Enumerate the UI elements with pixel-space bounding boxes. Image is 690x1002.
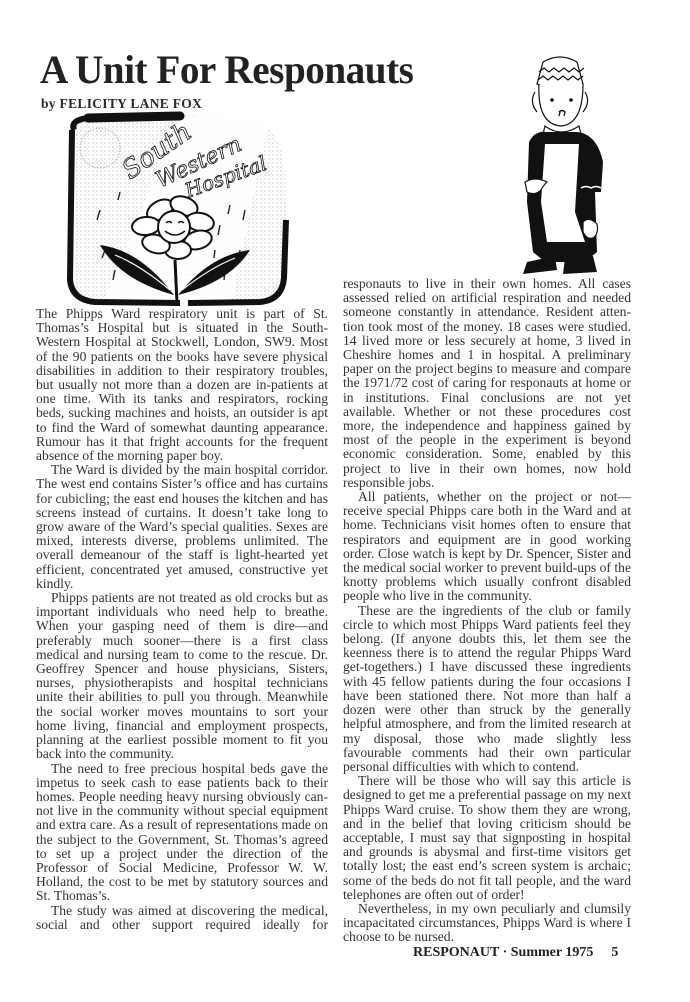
nurse-drawing-icon <box>505 52 615 277</box>
footer-separator: · <box>503 945 508 960</box>
paragraph: Nevertheless, in my own peculiarly and c… <box>343 902 631 945</box>
paragraph: These are the ingredients of the club or… <box>343 604 631 774</box>
flower-drawing-icon: South Western Hospital <box>60 110 292 310</box>
paragraph: There will be those who will say this ar… <box>343 774 631 902</box>
page-footer: RESPONAUT · Summer 19755 <box>413 945 618 961</box>
paragraph: The study was aimed at discovering the m… <box>36 904 328 932</box>
paragraph: Phipps patients are not treated as old c… <box>36 591 328 761</box>
paragraph: All patients, whether on the project or … <box>343 490 631 604</box>
page-number: 5 <box>611 945 618 960</box>
paragraph: The need to free precious hospital beds … <box>36 762 328 904</box>
south-western-hospital-illustration: South Western Hospital <box>60 110 292 310</box>
article-title: A Unit For Responauts <box>40 50 413 90</box>
paragraph: The Ward is divided by the main hospital… <box>36 463 328 591</box>
publication-name: RESPONAUT <box>413 945 499 960</box>
article-body-left-column: The Phipps Ward respiratory unit is part… <box>36 307 328 932</box>
nurse-illustration <box>505 52 615 277</box>
issue-label: Summer 1975 <box>511 945 594 960</box>
paragraph: The Phipps Ward respiratory unit is part… <box>36 307 328 463</box>
paragraph: responauts to live in their own homes. A… <box>343 277 631 490</box>
article-body-right-column: responauts to live in their own homes. A… <box>343 277 631 945</box>
